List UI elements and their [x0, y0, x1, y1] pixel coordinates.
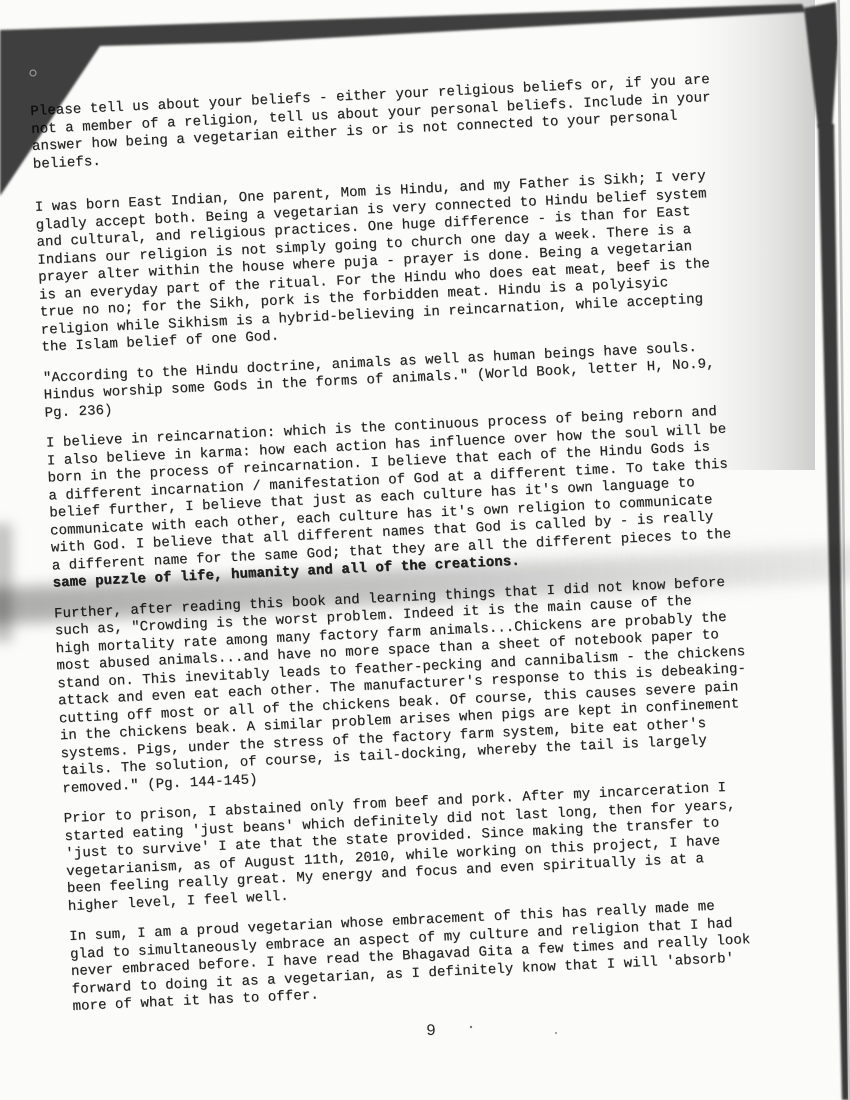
page-number: 9 — [408, 1021, 455, 1041]
paragraph: I was born East Indian, One parent, Mom … — [35, 166, 762, 357]
scan-right-edge-line — [818, 124, 849, 1100]
scan-speck-ring — [30, 70, 36, 76]
scan-speck — [555, 1032, 557, 1034]
scan-edge-smudge — [0, 524, 12, 642]
paragraph: Please tell us about your beliefs - eith… — [30, 70, 752, 174]
scan-speck — [470, 1026, 472, 1028]
document-text: Please tell us about your beliefs - eith… — [30, 70, 793, 1029]
scan-right-edge-blob — [804, 2, 838, 130]
paragraph: Prior to prison, I abstained only from b… — [63, 777, 787, 916]
scanned-page: Please tell us about your beliefs - eith… — [0, 0, 850, 1100]
paragraph: In sum, I am a proud vegetarian whose em… — [69, 895, 792, 1016]
